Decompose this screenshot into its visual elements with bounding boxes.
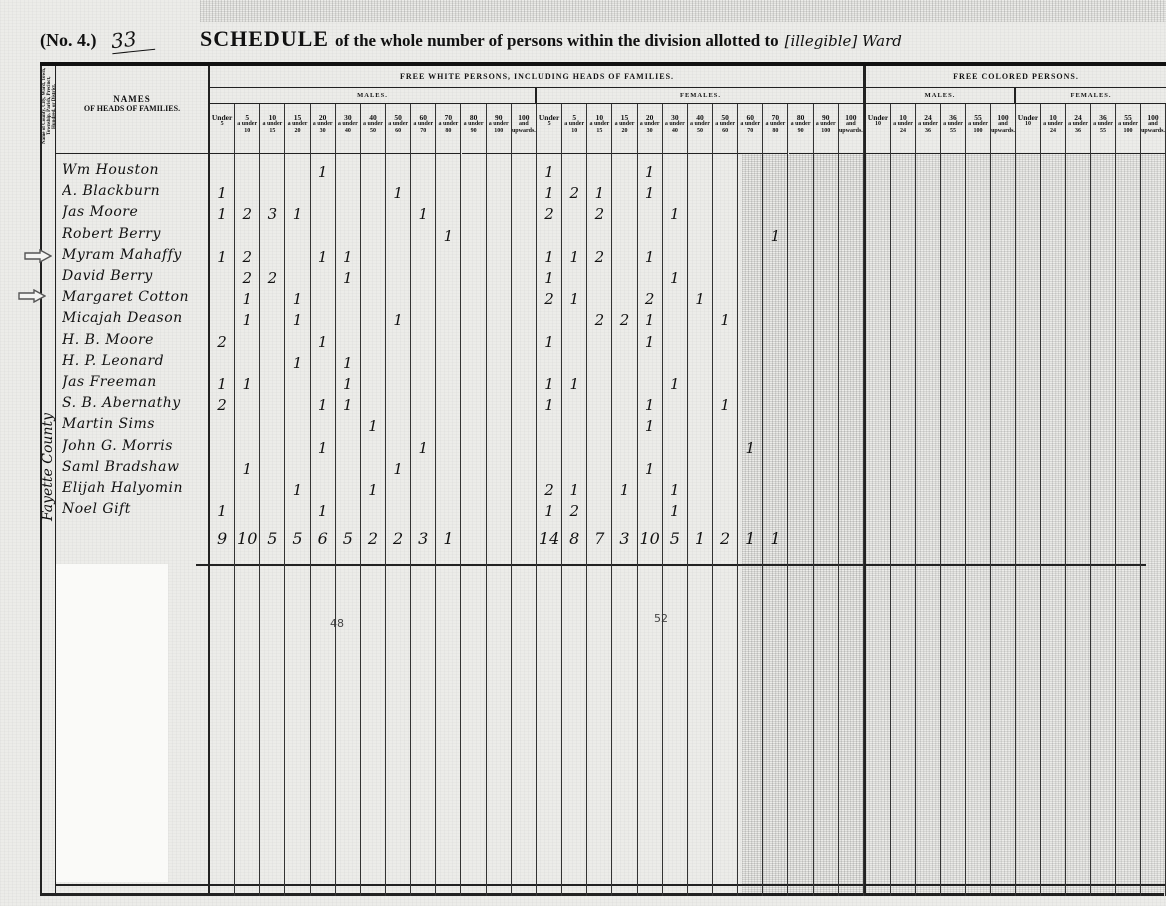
tally-cell <box>738 395 762 416</box>
tally-cell: 1 <box>663 480 687 501</box>
tally-cell <box>512 332 536 353</box>
tally-cell <box>462 289 486 310</box>
tally-cell <box>210 310 234 331</box>
head-of-family-name: Elijah Halyomin <box>62 480 210 501</box>
tally-cell <box>311 268 335 289</box>
age-column-header: 50a under 60 <box>713 104 737 154</box>
tally-cell <box>336 438 360 459</box>
tally-cell <box>738 289 762 310</box>
age-column-bottom: 5 <box>221 121 224 127</box>
age-column-top: 36 <box>1091 114 1115 121</box>
tally-cell <box>235 332 259 353</box>
tally-cell: 1 <box>235 289 259 310</box>
column-total <box>839 526 863 552</box>
tally-cell <box>411 310 435 331</box>
tally-cell <box>738 183 762 204</box>
age-column-top: 50 <box>386 114 410 121</box>
tally-cell <box>738 353 762 374</box>
tally-cell <box>814 332 838 353</box>
age-column-header: 20a under 30 <box>311 104 335 154</box>
tally-cell: 2 <box>638 289 662 310</box>
colored-male-age-column: Under10 <box>866 104 891 896</box>
tally-cell: 1 <box>311 162 335 183</box>
tally-cell <box>285 501 309 522</box>
tally-cell <box>386 226 410 247</box>
tally-cell <box>361 459 385 480</box>
age-column-top: 80 <box>462 114 486 121</box>
tally-cell <box>386 480 410 501</box>
age-column-top: 10 <box>587 114 611 121</box>
column-total: 1 <box>763 526 787 552</box>
tally-cell <box>260 416 284 437</box>
tally-cell <box>386 289 410 310</box>
tally-cell <box>462 226 486 247</box>
tally-cell <box>462 162 486 183</box>
tally-cell <box>738 459 762 480</box>
tally-cell <box>260 310 284 331</box>
tally-cell: 1 <box>411 438 435 459</box>
tally-cell <box>436 353 460 374</box>
tally-cell <box>462 395 486 416</box>
tally-cell <box>839 438 863 459</box>
age-column-bottom: a under 70 <box>740 121 760 134</box>
age-column-header: 36a under 55 <box>1091 104 1115 154</box>
tally-cell <box>663 289 687 310</box>
tally-cell <box>814 289 838 310</box>
column-total: 10 <box>235 526 259 552</box>
tally-cell <box>663 332 687 353</box>
tally-cell <box>462 374 486 395</box>
tally-cell <box>336 332 360 353</box>
tally-cell: 2 <box>537 289 561 310</box>
tally-cell <box>436 395 460 416</box>
age-column-bottom: a under 90 <box>791 121 811 134</box>
age-column-bottom: a under 36 <box>1068 121 1088 134</box>
age-column-top: 70 <box>436 114 460 121</box>
tally-cell <box>411 332 435 353</box>
tally-cell: 1 <box>386 310 410 331</box>
white-male-age-column: 40a under 50112 <box>361 104 386 896</box>
tally-cell <box>537 353 561 374</box>
tally-cell <box>587 459 611 480</box>
tally-cell: 2 <box>562 183 586 204</box>
age-column-bottom: and upwards. <box>1141 121 1165 134</box>
tally-cell <box>638 353 662 374</box>
colored-female-age-column: 36a under 55 <box>1091 104 1116 896</box>
tally-cell <box>688 395 712 416</box>
tally-cell: 1 <box>285 353 309 374</box>
tally-cell <box>713 268 737 289</box>
tally-cell <box>688 353 712 374</box>
tally-cell <box>260 247 284 268</box>
tally-cell <box>361 501 385 522</box>
age-column-top: Under <box>1016 114 1040 121</box>
age-column-bottom: 10 <box>875 121 881 127</box>
tally-cell <box>587 438 611 459</box>
tally-cell <box>285 226 309 247</box>
tally-cell: 2 <box>562 501 586 522</box>
tally-cell <box>487 310 511 331</box>
tally-cell <box>336 416 360 437</box>
tally-cell <box>336 480 360 501</box>
age-column-top: 20 <box>311 114 335 121</box>
tally-cell <box>512 501 536 522</box>
tally-cell <box>487 480 511 501</box>
tally-cell <box>562 438 586 459</box>
tally-cell: 1 <box>663 374 687 395</box>
column-total <box>814 526 838 552</box>
tally-cell <box>789 332 813 353</box>
tally-cell: 2 <box>537 480 561 501</box>
age-column-header: 70a under 80 <box>436 104 460 154</box>
tally-cell <box>436 459 460 480</box>
age-column-bottom: a under 24 <box>1043 121 1063 134</box>
colored-male-age-column: 36a under 55 <box>941 104 966 896</box>
head-of-family-name: John G. Morris <box>62 438 210 459</box>
age-column-bottom: a under 50 <box>690 121 710 134</box>
tally-cell <box>411 289 435 310</box>
head-of-family-name: Noel Gift <box>62 501 210 522</box>
tally-cell <box>386 247 410 268</box>
tally-cell <box>612 247 636 268</box>
age-column-header: 5a under 10 <box>235 104 259 154</box>
age-column-bottom: a under 70 <box>413 121 433 134</box>
tally-cell: 1 <box>537 501 561 522</box>
tally-cell <box>336 204 360 225</box>
tally-cell: 1 <box>311 247 335 268</box>
tally-cell <box>361 310 385 331</box>
tally-cell: 2 <box>235 204 259 225</box>
white-male-age-column: 5a under 10222111110 <box>235 104 260 896</box>
tally-cell <box>260 459 284 480</box>
tally-cell <box>663 416 687 437</box>
column-total: 6 <box>311 526 335 552</box>
tally-cell <box>462 268 486 289</box>
tally-cell <box>487 268 511 289</box>
white-female-age-column: 90a under 100 <box>814 104 839 896</box>
tally-cell <box>487 183 511 204</box>
white-female-age-column: 15a under 20213 <box>612 104 637 896</box>
tally-cell <box>260 438 284 459</box>
tally-cell <box>487 374 511 395</box>
white-male-age-column: 30a under 40111115 <box>336 104 361 896</box>
tally-cell <box>436 183 460 204</box>
tally-cell <box>361 268 385 289</box>
tally-cell <box>814 459 838 480</box>
tally-cell <box>311 226 335 247</box>
tally-cell <box>738 226 762 247</box>
white-male-age-column: 15a under 20111115 <box>285 104 310 896</box>
age-column-bottom: and upwards. <box>991 121 1015 134</box>
tally-cell <box>260 162 284 183</box>
age-column-top: Under <box>866 114 890 121</box>
tally-cell: 2 <box>587 310 611 331</box>
tally-cell <box>839 204 863 225</box>
tally-cell <box>839 332 863 353</box>
tally-cell: 2 <box>612 310 636 331</box>
tally-cell <box>210 289 234 310</box>
age-column-bottom: a under 20 <box>288 121 308 134</box>
tally-cell <box>763 204 787 225</box>
age-column-header: Under5 <box>210 104 234 154</box>
age-column-top: 50 <box>713 114 737 121</box>
tally-cell <box>260 480 284 501</box>
tally-cell <box>336 459 360 480</box>
tally-cell <box>688 268 712 289</box>
column-total: 2 <box>713 526 737 552</box>
division-handwritten: [illegible] Ward <box>785 32 902 50</box>
tally-cell <box>311 183 335 204</box>
tally-cell <box>487 204 511 225</box>
age-column-header: 30a under 40 <box>336 104 360 154</box>
tally-cell <box>411 183 435 204</box>
tally-cell <box>562 395 586 416</box>
tally-cell: 2 <box>587 204 611 225</box>
tally-cell <box>436 310 460 331</box>
tally-cell: 2 <box>235 247 259 268</box>
tally-cell: 1 <box>587 183 611 204</box>
age-column-bottom: a under 80 <box>438 121 458 134</box>
tally-cell <box>462 459 486 480</box>
tally-cell <box>260 183 284 204</box>
tally-cell: 2 <box>210 332 234 353</box>
white-male-age-column: 90a under 100 <box>487 104 512 896</box>
tally-cell <box>688 438 712 459</box>
age-column-header: 40a under 50 <box>361 104 385 154</box>
tally-cell <box>361 438 385 459</box>
age-column-top: 10 <box>1041 114 1065 121</box>
age-column-header: 10a under 24 <box>891 104 915 154</box>
tally-cell <box>612 226 636 247</box>
tally-cell <box>235 353 259 374</box>
colored-female-age-column: 10a under 24 <box>1041 104 1066 896</box>
tally-cell: 1 <box>411 204 435 225</box>
page-number: 33 <box>109 25 155 54</box>
tally-cell <box>386 353 410 374</box>
tally-cell <box>663 438 687 459</box>
tally-cell: 1 <box>713 310 737 331</box>
tally-cell <box>587 268 611 289</box>
age-column-top: 100 <box>512 114 536 121</box>
tally-cell <box>713 332 737 353</box>
head-of-family-name: H. P. Leonard <box>62 353 210 374</box>
column-total: 5 <box>285 526 309 552</box>
tally-cell <box>260 501 284 522</box>
tally-cell <box>612 353 636 374</box>
tally-cell <box>663 395 687 416</box>
head-of-family-name: Jas Moore <box>62 204 210 225</box>
tally-cell <box>814 480 838 501</box>
tally-cell: 1 <box>386 183 410 204</box>
age-column-bottom: 5 <box>548 121 551 127</box>
colored-male-age-column: 24a under 36 <box>916 104 941 896</box>
age-column-header: 80a under 90 <box>462 104 486 154</box>
tally-cell: 1 <box>235 459 259 480</box>
white-female-age-column: 70a under 8011 <box>763 104 788 896</box>
tally-cell <box>839 416 863 437</box>
tally-cell <box>663 162 687 183</box>
tally-cell <box>562 416 586 437</box>
tally-cell: 1 <box>638 459 662 480</box>
column-total: 2 <box>386 526 410 552</box>
column-total <box>512 526 536 552</box>
tally-cell <box>386 395 410 416</box>
tally-cell <box>285 183 309 204</box>
white-female-age-column: 10a under 1512227 <box>587 104 612 896</box>
tally-cell <box>663 459 687 480</box>
tally-cell <box>789 480 813 501</box>
tally-cell <box>235 438 259 459</box>
tally-cell <box>713 374 737 395</box>
column-total: 14 <box>537 526 561 552</box>
column-total: 2 <box>361 526 385 552</box>
tally-cell <box>512 226 536 247</box>
tally-cell <box>386 438 410 459</box>
tally-cell <box>210 162 234 183</box>
tally-cell <box>839 395 863 416</box>
tally-cell <box>612 395 636 416</box>
tally-cell <box>839 480 863 501</box>
tally-cell <box>487 395 511 416</box>
head-of-family-name: Martin Sims <box>62 416 210 437</box>
tally-cell <box>814 247 838 268</box>
age-column-header: Under10 <box>866 104 890 154</box>
head-of-family-name: Jas Freeman <box>62 374 210 395</box>
tally-cell <box>311 204 335 225</box>
tally-cell <box>612 438 636 459</box>
tally-cell <box>789 395 813 416</box>
white-female-age-column: 50a under 60112 <box>713 104 738 896</box>
white-male-age-column: 100and upwards. <box>512 104 537 896</box>
tally-cell <box>411 374 435 395</box>
tally-cell <box>839 162 863 183</box>
tally-cell <box>763 416 787 437</box>
tally-cell: 1 <box>763 226 787 247</box>
age-column-bottom: a under 100 <box>1118 121 1138 134</box>
tally-cell <box>789 162 813 183</box>
tally-cell: 1 <box>336 268 360 289</box>
tally-cell <box>763 353 787 374</box>
tally-cell <box>612 204 636 225</box>
tally-cell <box>386 162 410 183</box>
column-total: 1 <box>738 526 762 552</box>
tally-cell <box>462 310 486 331</box>
tally-cell <box>814 204 838 225</box>
age-column-top: 40 <box>361 114 385 121</box>
age-column-bottom: a under 100 <box>489 121 509 134</box>
tally-cell <box>235 395 259 416</box>
tally-cell <box>688 480 712 501</box>
tally-cell <box>587 416 611 437</box>
tally-cell <box>235 480 259 501</box>
tally-cell <box>336 226 360 247</box>
tally-cell <box>436 416 460 437</box>
white-female-age-column: Under51121121112114 <box>537 104 562 896</box>
tally-cell: 2 <box>537 204 561 225</box>
age-column-header: 55a under 100 <box>966 104 990 154</box>
head-of-family-name: A. Blackburn <box>62 183 210 204</box>
age-column-top: Under <box>537 114 561 121</box>
age-column-top: 36 <box>941 114 965 121</box>
age-column-header: 70a under 80 <box>763 104 787 154</box>
tally-cell <box>361 204 385 225</box>
tally-cell: 1 <box>663 268 687 289</box>
tally-cell <box>713 162 737 183</box>
tally-cell <box>285 162 309 183</box>
tally-cell <box>688 162 712 183</box>
tally-cell <box>462 247 486 268</box>
title-text: of the whole number of persons within th… <box>335 31 779 51</box>
tally-cell <box>839 310 863 331</box>
age-column-bottom: a under 55 <box>1093 121 1113 134</box>
tally-cell: 1 <box>210 183 234 204</box>
tally-cell <box>537 310 561 331</box>
tally-cell <box>688 416 712 437</box>
head-of-family-name: H. B. Moore <box>62 332 210 353</box>
tally-cell: 1 <box>738 438 762 459</box>
tally-cell: 1 <box>537 374 561 395</box>
tally-cell <box>688 374 712 395</box>
tally-cell <box>285 268 309 289</box>
tally-cell <box>688 204 712 225</box>
tally-cell: 1 <box>235 374 259 395</box>
tally-cell <box>436 332 460 353</box>
tally-cell <box>789 459 813 480</box>
tally-cell <box>512 183 536 204</box>
age-column-header: 40a under 50 <box>688 104 712 154</box>
tally-cell <box>789 501 813 522</box>
age-column-bottom: a under 30 <box>313 121 333 134</box>
age-column-bottom: a under 90 <box>464 121 484 134</box>
age-column-top: 30 <box>336 114 360 121</box>
head-of-family-name: S. B. Abernathy <box>62 395 210 416</box>
free-colored-females-header: FEMALES. <box>1016 88 1166 104</box>
tally-cell: 1 <box>537 247 561 268</box>
white-female-age-column: 60a under 7011 <box>738 104 763 896</box>
tally-cell <box>738 204 762 225</box>
tally-cell <box>663 226 687 247</box>
age-column-top: 30 <box>663 114 687 121</box>
tally-cell <box>562 268 586 289</box>
tally-cell <box>814 310 838 331</box>
head-of-family-name: Robert Berry <box>62 226 210 247</box>
tally-cell <box>789 289 813 310</box>
tally-cell <box>713 289 737 310</box>
head-of-family-name: Micajah Deason <box>62 310 210 331</box>
tally-cell <box>411 247 435 268</box>
tally-cell <box>361 395 385 416</box>
tally-cell <box>361 332 385 353</box>
title-schedule-word: SCHEDULE <box>200 26 329 51</box>
tally-cell <box>260 374 284 395</box>
tally-cell <box>210 353 234 374</box>
age-column-bottom: a under 36 <box>918 121 938 134</box>
tally-cell <box>738 416 762 437</box>
tally-cell: 1 <box>537 332 561 353</box>
tally-cell <box>285 332 309 353</box>
age-column-bottom: a under 10 <box>564 121 584 134</box>
age-column-bottom: and upwards. <box>512 121 536 134</box>
tally-cell <box>487 459 511 480</box>
tally-cell <box>839 289 863 310</box>
tally-cell <box>336 183 360 204</box>
age-column-header: 5a under 10 <box>562 104 586 154</box>
tally-cell: 1 <box>210 374 234 395</box>
tally-cell <box>713 247 737 268</box>
tally-cell <box>612 183 636 204</box>
tally-cell <box>512 289 536 310</box>
tally-cell <box>839 353 863 374</box>
